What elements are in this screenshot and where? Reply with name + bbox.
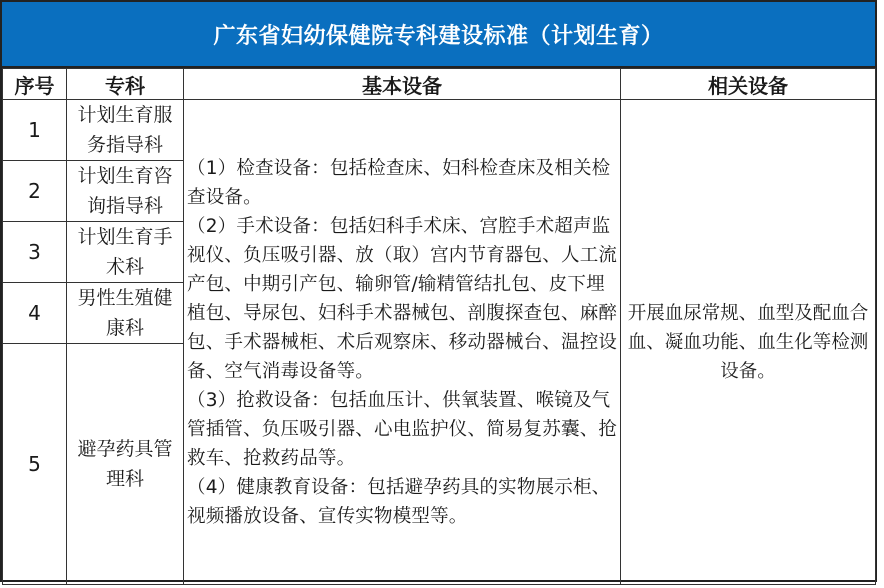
row-specialty: 计划生育服务指导科 xyxy=(67,100,184,161)
table-header-row: 序号 专科 基本设备 相关设备 xyxy=(3,69,876,100)
table-row: 1 计划生育服务指导科 （1）检查设备：包括检查床、妇科检查床及相关检查设备。 … xyxy=(3,100,876,161)
basic-equipment-item: （3）抢救设备：包括血压计、供氧装置、喉镜及气管插管、负压吸引器、心电监护仪、简… xyxy=(187,386,618,473)
row-num: 1 xyxy=(3,100,67,161)
row-specialty: 计划生育咨询指导科 xyxy=(67,161,184,222)
row-num: 2 xyxy=(3,161,67,222)
row-specialty: 男性生殖健康科 xyxy=(67,283,184,344)
basic-equipment-item: （1）检查设备：包括检查床、妇科检查床及相关检查设备。 xyxy=(187,154,618,212)
row-specialty: 计划生育手术科 xyxy=(67,222,184,283)
basic-equipment-cell: （1）检查设备：包括检查床、妇科检查床及相关检查设备。 （2）手术设备：包括妇科… xyxy=(184,100,621,585)
basic-equipment-item: （4）健康教育设备：包括避孕药具的实物展示柜、视频播放设备、宣传实物模型等。 xyxy=(187,473,618,531)
header-specialty: 专科 xyxy=(67,69,184,100)
header-basic-equipment: 基本设备 xyxy=(184,69,621,100)
row-num: 4 xyxy=(3,283,67,344)
row-num: 3 xyxy=(3,222,67,283)
page-title: 广东省妇幼保健院专科建设标准（计划生育） xyxy=(2,2,875,68)
header-related-equipment: 相关设备 xyxy=(621,69,876,100)
standards-table: 序号 专科 基本设备 相关设备 1 计划生育服务指导科 （1）检查设备：包括检查… xyxy=(2,68,876,585)
row-specialty: 避孕药具管理科 xyxy=(67,344,184,585)
related-equipment-cell: 开展血尿常规、血型及配血合血、凝血功能、血生化等检测设备。 xyxy=(621,100,876,585)
header-num: 序号 xyxy=(3,69,67,100)
basic-equipment-item: （2）手术设备：包括妇科手术床、宫腔手术超声监视仪、负压吸引器、放（取）宫内节育… xyxy=(187,212,618,386)
row-num: 5 xyxy=(3,344,67,585)
